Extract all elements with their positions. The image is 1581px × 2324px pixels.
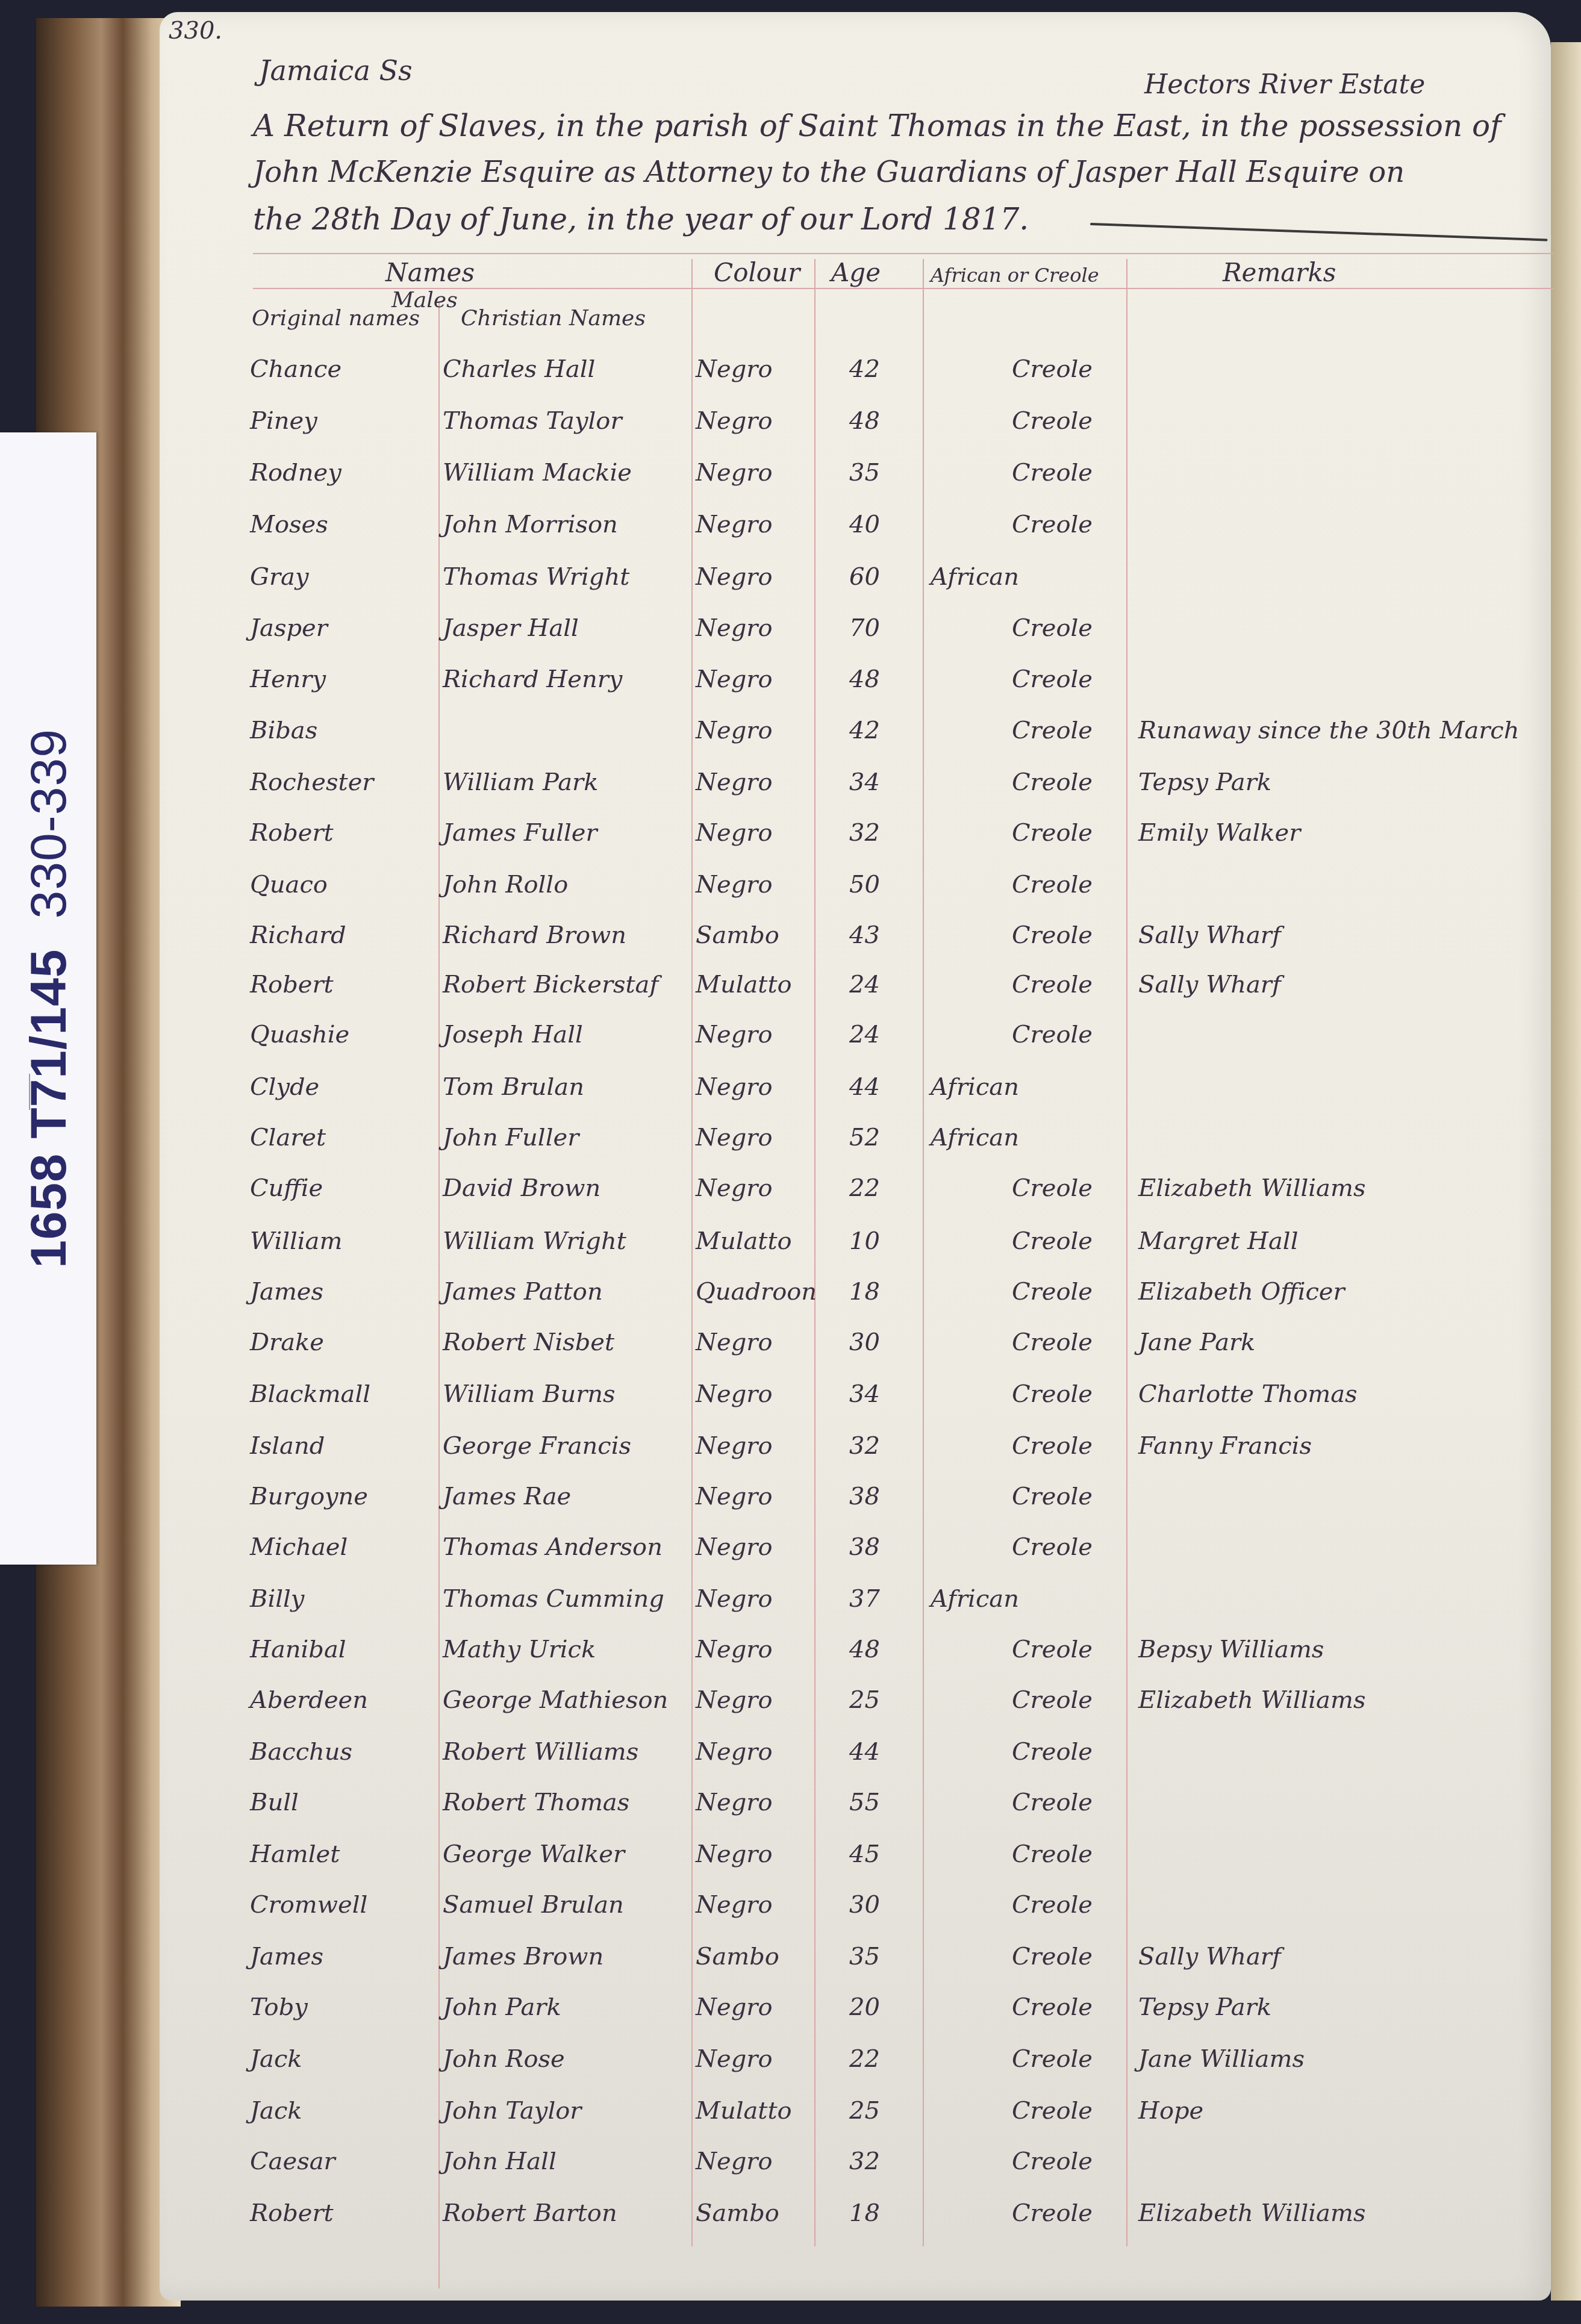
christian-name-cell: Thomas Taylor [443, 407, 622, 435]
original-name-cell: Bacchus [250, 1738, 352, 1766]
table-row: JamesJames PattonQuadroon18CreoleElizabe… [0, 1278, 1581, 1326]
remarks-cell: Elizabeth Williams [1138, 2199, 1365, 2227]
origin-cell: Creole [1012, 1174, 1093, 1202]
original-name-cell: Jack [250, 2045, 302, 2073]
age-cell: 35 [849, 1943, 880, 1970]
table-row: JackJohn TaylorMulatto25CreoleHope [0, 2097, 1581, 2145]
origin-cell: Creole [1012, 1329, 1093, 1356]
colour-cell: Negro [696, 1789, 772, 1816]
original-name-cell: Robert [250, 819, 334, 847]
table-row: CuffieDavid BrownNegro22CreoleElizabeth … [0, 1174, 1581, 1223]
colour-cell: Negro [696, 614, 772, 642]
colour-cell: Negro [696, 1686, 772, 1714]
age-cell: 20 [849, 1993, 880, 2021]
christian-name-cell: Richard Henry [443, 665, 622, 693]
age-cell: 43 [849, 921, 880, 949]
origin-cell: Creole [1012, 1738, 1093, 1766]
christian-name-cell: William Burns [443, 1380, 616, 1408]
table-row: BacchusRobert WilliamsNegro44Creole [0, 1738, 1581, 1786]
origin-cell: Creole [1012, 459, 1093, 487]
table-row: BillyThomas CummingNegro37African [0, 1585, 1581, 1633]
original-name-cell: Cuffie [250, 1174, 323, 1202]
christian-name-cell: Thomas Cumming [443, 1585, 664, 1613]
table-row: BlackmallWilliam BurnsNegro34CreoleCharl… [0, 1380, 1581, 1428]
christian-name-cell: David Brown [443, 1174, 600, 1202]
age-cell: 34 [849, 768, 880, 796]
age-cell: 52 [849, 1124, 880, 1151]
table-row: JasperJasper HallNegro70Creole [0, 614, 1581, 662]
christian-name-cell: James Patton [443, 1278, 603, 1306]
original-name-cell: Toby [250, 1993, 308, 2021]
christian-name-cell: Robert Bickerstaf [443, 971, 658, 998]
column-header-remarks: Remarks [1223, 258, 1336, 287]
colour-cell: Negro [696, 1021, 772, 1048]
original-name-cell: Aberdeen [250, 1686, 368, 1714]
origin-cell: Creole [1012, 921, 1093, 949]
original-name-cell: Rodney [250, 459, 341, 487]
table-row: JackJohn RoseNegro22CreoleJane Williams [0, 2045, 1581, 2093]
age-cell: 40 [849, 511, 880, 538]
original-name-cell: Robert [250, 971, 334, 998]
age-cell: 42 [849, 355, 880, 383]
age-cell: 10 [849, 1227, 880, 1255]
original-name-cell: Bibas [250, 717, 317, 744]
colour-cell: Mulatto [696, 1227, 792, 1255]
table-row: RobertJames FullerNegro32CreoleEmily Wal… [0, 819, 1581, 867]
original-name-cell: Claret [250, 1124, 326, 1151]
christian-name-cell: Robert Barton [443, 2199, 617, 2227]
colour-cell: Negro [696, 407, 772, 435]
christian-name-cell: George Mathieson [443, 1686, 668, 1714]
christian-name-cell: Joseph Hall [443, 1021, 583, 1048]
remarks-cell: Elizabeth Williams [1138, 1686, 1365, 1714]
colour-cell: Negro [696, 1891, 772, 1919]
original-name-cell: Billy [250, 1585, 304, 1613]
christian-name-cell: Samuel Brulan [443, 1891, 624, 1919]
origin-cell: Creole [1012, 2097, 1093, 2125]
original-name-cell: Piney [250, 407, 317, 435]
colour-cell: Negro [696, 768, 772, 796]
christian-name-cell: John Morrison [443, 511, 618, 538]
table-row: HamletGeorge WalkerNegro45Creole [0, 1840, 1581, 1889]
age-cell: 24 [849, 1021, 880, 1048]
remarks-cell: Runaway since the 30th March [1138, 717, 1520, 744]
original-name-cell: Michael [250, 1533, 348, 1561]
christian-name-cell: George Francis [443, 1432, 631, 1460]
colour-cell: Negro [696, 1483, 772, 1510]
table-row: ClydeTom BrulanNegro44African [0, 1073, 1581, 1121]
origin-cell: African [931, 1124, 1019, 1151]
colour-cell: Negro [696, 2148, 772, 2175]
origin-cell: Creole [1012, 1483, 1093, 1510]
origin-cell: Creole [1012, 2045, 1093, 2073]
colour-cell: Negro [696, 717, 772, 744]
original-name-cell: Henry [250, 665, 326, 693]
table-row: ChanceCharles HallNegro42Creole [0, 355, 1581, 403]
table-row: BurgoyneJames RaeNegro38Creole [0, 1483, 1581, 1531]
colour-cell: Negro [696, 1993, 772, 2021]
colour-cell: Sambo [696, 2199, 779, 2227]
origin-cell: Creole [1012, 1380, 1093, 1408]
christian-name-cell: Mathy Urick [443, 1636, 596, 1663]
table-row: RochesterWilliam ParkNegro34CreoleTepsy … [0, 768, 1581, 817]
remarks-cell: Emily Walker [1138, 819, 1300, 847]
origin-cell: Creole [1012, 1021, 1093, 1048]
colour-cell: Mulatto [696, 2097, 792, 2125]
christian-name-cell: William Wright [443, 1227, 626, 1255]
origin-cell: Creole [1012, 1789, 1093, 1816]
origin-cell: Creole [1012, 2148, 1093, 2175]
colour-cell: Negro [696, 1840, 772, 1868]
origin-cell: Creole [1012, 665, 1093, 693]
colour-cell: Negro [696, 819, 772, 847]
age-cell: 30 [849, 1329, 880, 1356]
table-row: IslandGeorge FrancisNegro32CreoleFanny F… [0, 1432, 1581, 1480]
title-line-2: John McKenzie Esquire as Attorney to the… [253, 155, 1405, 189]
original-name-cell: Rochester [250, 768, 373, 796]
table-row: JamesJames BrownSambo35CreoleSally Wharf [0, 1943, 1581, 1991]
column-header-colour: Colour [714, 258, 800, 287]
origin-cell: Creole [1012, 355, 1093, 383]
colour-cell: Negro [696, 1636, 772, 1663]
original-name-cell: James [250, 1278, 323, 1306]
origin-cell: Creole [1012, 768, 1093, 796]
remarks-cell: Bepsy Williams [1138, 1636, 1324, 1663]
colour-cell: Negro [696, 459, 772, 487]
column-header-names: Names [385, 258, 475, 287]
remarks-cell: Jane Williams [1138, 2045, 1305, 2073]
age-cell: 55 [849, 1789, 880, 1816]
age-cell: 60 [849, 563, 880, 591]
colour-cell: Negro [696, 2045, 772, 2073]
origin-cell: African [931, 563, 1019, 591]
original-name-cell: Blackmall [250, 1380, 370, 1408]
christian-name-cell: Thomas Wright [443, 563, 629, 591]
age-cell: 48 [849, 407, 880, 435]
christian-name-cell: John Fuller [443, 1124, 579, 1151]
colour-cell: Sambo [696, 921, 779, 949]
christian-name-cell: James Brown [443, 1943, 603, 1970]
colour-cell: Negro [696, 1380, 772, 1408]
original-name-cell: Drake [250, 1329, 324, 1356]
age-cell: 24 [849, 971, 880, 998]
table-row: RichardRichard BrownSambo43CreoleSally W… [0, 921, 1581, 970]
page-number: 330. [169, 17, 222, 45]
christian-name-cell: John Rollo [443, 871, 568, 899]
origin-cell: Creole [1012, 1943, 1093, 1970]
christian-name-cell: James Rae [443, 1483, 571, 1510]
subheader-christian-names: Christian Names [461, 306, 646, 331]
table-row: PineyThomas TaylorNegro48Creole [0, 407, 1581, 455]
original-name-cell: Gray [250, 563, 309, 591]
original-name-cell: Island [250, 1432, 325, 1460]
age-cell: 70 [849, 614, 880, 642]
table-row: MosesJohn MorrisonNegro40Creole [0, 511, 1581, 559]
age-cell: 18 [849, 1278, 880, 1306]
age-cell: 25 [849, 2097, 880, 2125]
original-name-cell: Caesar [250, 2148, 335, 2175]
christian-name-cell: John Park [443, 1993, 561, 2021]
table-row: TobyJohn ParkNegro20CreoleTepsy Park [0, 1993, 1581, 2042]
table-row: DrakeRobert NisbetNegro30CreoleJane Park [0, 1329, 1581, 1377]
origin-cell: Creole [1012, 407, 1093, 435]
christian-name-cell: Thomas Anderson [443, 1533, 663, 1561]
table-row: RodneyWilliam MackieNegro35Creole [0, 459, 1581, 507]
age-cell: 32 [849, 819, 880, 847]
age-cell: 48 [849, 1636, 880, 1663]
colour-cell: Mulatto [696, 971, 792, 998]
origin-cell: Creole [1012, 1227, 1093, 1255]
original-name-cell: Moses [250, 511, 328, 538]
origin-cell: Creole [1012, 1278, 1093, 1306]
header-top-rule [253, 253, 1554, 254]
remarks-cell: Sally Wharf [1138, 1943, 1281, 1970]
origin-cell: Creole [1012, 1636, 1093, 1663]
colour-cell: Negro [696, 1073, 772, 1101]
origin-cell: Creole [1012, 614, 1093, 642]
table-row: RobertRobert BickerstafMulatto24CreoleSa… [0, 971, 1581, 1019]
christian-name-cell: William Mackie [443, 459, 632, 487]
subheader-original-names: Original names [252, 306, 420, 331]
origin-cell: Creole [1012, 819, 1093, 847]
table-row: GrayThomas WrightNegro60African [0, 563, 1581, 611]
age-cell: 48 [849, 665, 880, 693]
remarks-cell: Sally Wharf [1138, 921, 1281, 949]
age-cell: 32 [849, 2148, 880, 2175]
origin-cell: African [931, 1073, 1019, 1101]
original-name-cell: Richard [250, 921, 346, 949]
colour-cell: Negro [696, 1174, 772, 1202]
original-name-cell: Clyde [250, 1073, 319, 1101]
remarks-cell: Margret Hall [1138, 1227, 1298, 1255]
original-name-cell: Robert [250, 2199, 334, 2227]
age-cell: 22 [849, 2045, 880, 2073]
origin-cell: Creole [1012, 871, 1093, 899]
table-row: RobertRobert BartonSambo18CreoleElizabet… [0, 2199, 1581, 2248]
original-name-cell: Hamlet [250, 1840, 340, 1868]
origin-cell: Creole [1012, 2199, 1093, 2227]
colour-cell: Negro [696, 1585, 772, 1613]
colour-cell: Negro [696, 511, 772, 538]
age-cell: 44 [849, 1738, 880, 1766]
age-cell: 45 [849, 1840, 880, 1868]
age-cell: 35 [849, 459, 880, 487]
original-name-cell: Quashie [250, 1021, 349, 1048]
original-name-cell: Bull [250, 1789, 299, 1816]
header-place: Jamaica Ss [259, 54, 413, 87]
age-cell: 25 [849, 1686, 880, 1714]
age-cell: 37 [849, 1585, 880, 1613]
colour-cell: Negro [696, 1329, 772, 1356]
original-name-cell: Jack [250, 2097, 302, 2125]
colour-cell: Negro [696, 665, 772, 693]
origin-cell: Creole [1012, 1686, 1093, 1714]
original-name-cell: Quaco [250, 871, 328, 899]
remarks-cell: Fanny Francis [1138, 1432, 1312, 1460]
remarks-cell: Elizabeth Williams [1138, 1174, 1365, 1202]
origin-cell: Creole [1012, 1891, 1093, 1919]
christian-name-cell: James Fuller [443, 819, 597, 847]
table-row: BullRobert ThomasNegro55Creole [0, 1789, 1581, 1837]
origin-cell: Creole [1012, 1533, 1093, 1561]
origin-cell: Creole [1012, 971, 1093, 998]
remarks-cell: Tepsy Park [1138, 1993, 1271, 2021]
age-cell: 38 [849, 1533, 880, 1561]
christian-name-cell: Robert Nisbet [443, 1329, 614, 1356]
original-name-cell: Chance [250, 355, 341, 383]
header-estate: Hectors River Estate [1144, 69, 1425, 100]
age-cell: 34 [849, 1380, 880, 1408]
table-row: WilliamWilliam WrightMulatto10CreoleMarg… [0, 1227, 1581, 1276]
original-name-cell: William [250, 1227, 342, 1255]
remarks-cell: Tepsy Park [1138, 768, 1271, 796]
title-line-3: the 28th Day of June, in the year of our… [253, 202, 1029, 237]
colour-cell: Negro [696, 1432, 772, 1460]
column-header-age: Age [831, 258, 881, 287]
table-row: HanibalMathy UrickNegro48CreoleBepsy Wil… [0, 1636, 1581, 1684]
remarks-cell: Charlotte Thomas [1138, 1380, 1358, 1408]
origin-cell: Creole [1012, 717, 1093, 744]
original-name-cell: Hanibal [250, 1636, 346, 1663]
table-row: CromwellSamuel BrulanNegro30Creole [0, 1891, 1581, 1939]
origin-cell: Creole [1012, 1993, 1093, 2021]
christian-name-cell: Charles Hall [443, 355, 595, 383]
christian-name-cell: William Park [443, 768, 598, 796]
christian-name-cell: John Taylor [443, 2097, 581, 2125]
colour-cell: Sambo [696, 1943, 779, 1970]
colour-cell: Negro [696, 1124, 772, 1151]
age-cell: 38 [849, 1483, 880, 1510]
table-row: AberdeenGeorge MathiesonNegro25CreoleEli… [0, 1686, 1581, 1734]
original-name-cell: James [250, 1943, 323, 1970]
age-cell: 50 [849, 871, 880, 899]
age-cell: 32 [849, 1432, 880, 1460]
table-row: QuashieJoseph HallNegro24Creole [0, 1021, 1581, 1069]
christian-name-cell: Tom Brulan [443, 1073, 584, 1101]
age-cell: 42 [849, 717, 880, 744]
table-row: MichaelThomas AndersonNegro38Creole [0, 1533, 1581, 1581]
age-cell: 22 [849, 1174, 880, 1202]
remarks-cell: Sally Wharf [1138, 971, 1281, 998]
table-row: CaesarJohn HallNegro32Creole [0, 2148, 1581, 2196]
age-cell: 44 [849, 1073, 880, 1101]
table-row: HenryRichard HenryNegro48Creole [0, 665, 1581, 714]
christian-name-cell: Robert Williams [443, 1738, 638, 1766]
christian-name-cell: John Rose [443, 2045, 565, 2073]
christian-name-cell: Robert Thomas [443, 1789, 629, 1816]
age-cell: 30 [849, 1891, 880, 1919]
table-row: QuacoJohn RolloNegro50Creole [0, 871, 1581, 919]
origin-cell: Creole [1012, 1432, 1093, 1460]
colour-cell: Negro [696, 563, 772, 591]
origin-cell: Creole [1012, 1840, 1093, 1868]
original-name-cell: Burgoyne [250, 1483, 368, 1510]
christian-name-cell: Richard Brown [443, 921, 626, 949]
christian-name-cell: George Walker [443, 1840, 625, 1868]
table-row: ClaretJohn FullerNegro52African [0, 1124, 1581, 1172]
colour-cell: Negro [696, 1533, 772, 1561]
christian-name-cell: John Hall [443, 2148, 557, 2175]
age-cell: 18 [849, 2199, 880, 2227]
title-line-1: A Return of Slaves, in the parish of Sai… [253, 108, 1501, 143]
column-header-african-or-creole: African or Creole [931, 264, 1099, 287]
remarks-cell: Hope [1138, 2097, 1203, 2125]
remarks-cell: Jane Park [1138, 1329, 1255, 1356]
colour-cell: Negro [696, 355, 772, 383]
remarks-cell: Elizabeth Officer [1138, 1278, 1345, 1306]
colour-cell: Negro [696, 1738, 772, 1766]
table-row: BibasNegro42CreoleRunaway since the 30th… [0, 717, 1581, 765]
origin-cell: African [931, 1585, 1019, 1613]
colour-cell: Quadroon [696, 1278, 817, 1306]
colour-cell: Negro [696, 871, 772, 899]
christian-name-cell: Jasper Hall [443, 614, 579, 642]
original-name-cell: Jasper [250, 614, 328, 642]
original-name-cell: Cromwell [250, 1891, 367, 1919]
origin-cell: Creole [1012, 511, 1093, 538]
